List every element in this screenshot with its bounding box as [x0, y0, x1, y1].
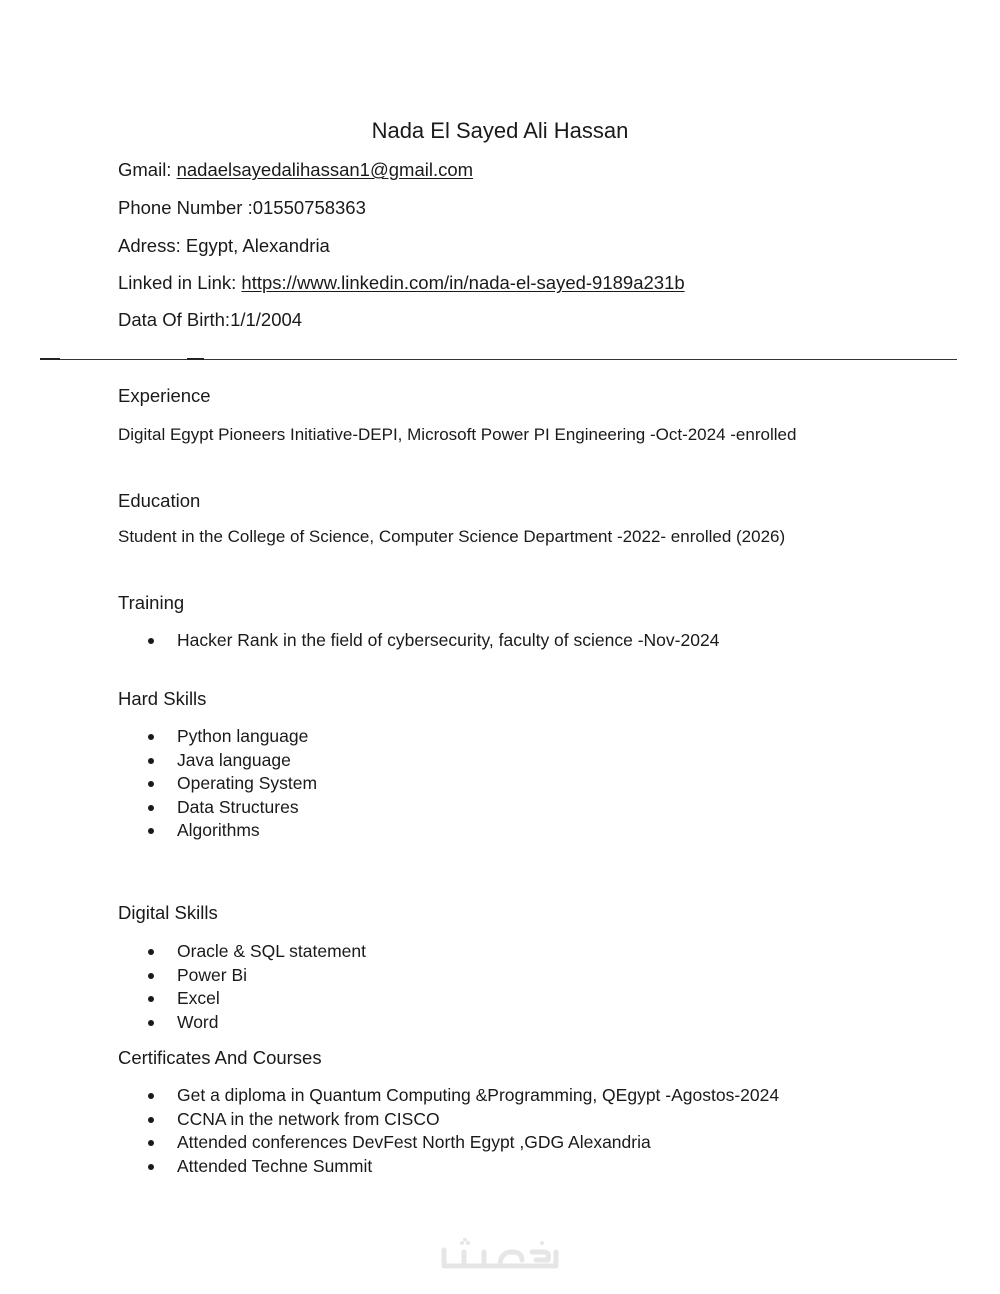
- khamsat-logo-icon: [440, 1238, 560, 1272]
- bullet-icon: [148, 758, 154, 764]
- bullet-icon: [148, 734, 154, 740]
- address-line: Adress: Egypt, Alexandria: [118, 235, 330, 257]
- bullet-icon: [148, 1140, 154, 1146]
- bullet-icon: [148, 805, 154, 811]
- gmail-line: Gmail: nadaelsayedalihassan1@gmail.com: [118, 159, 473, 181]
- bullet-icon: [148, 949, 154, 955]
- bullet-icon: [148, 996, 154, 1002]
- phone-line: Phone Number :01550758363: [118, 197, 366, 219]
- gmail-link[interactable]: nadaelsayedalihassan1@gmail.com: [177, 159, 473, 180]
- resume-page: Nada El Sayed Ali Hassan Gmail: nadaelsa…: [0, 0, 1000, 1294]
- section-title-education: Education: [118, 490, 200, 512]
- bullet-icon: [148, 1117, 154, 1123]
- bullet-icon: [148, 781, 154, 787]
- divider-mark: [187, 358, 204, 360]
- linkedin-line: Linked in Link: https://www.linkedin.com…: [118, 272, 685, 294]
- experience-text: Digital Egypt Pioneers Initiative-DEPI, …: [118, 425, 796, 445]
- linkedin-link[interactable]: https://www.linkedin.com/in/nada-el-saye…: [241, 272, 684, 293]
- linkedin-label: Linked in Link:: [118, 272, 241, 293]
- section-title-certificates: Certificates And Courses: [118, 1047, 322, 1069]
- candidate-name: Nada El Sayed Ali Hassan: [0, 118, 1000, 144]
- bullet-icon: [148, 1020, 154, 1026]
- bullet-icon: [148, 828, 154, 834]
- header-divider: [40, 359, 957, 360]
- section-title-digital-skills: Digital Skills: [118, 902, 218, 924]
- bullet-icon: [148, 638, 154, 644]
- bullet-icon: [148, 1093, 154, 1099]
- education-text: Student in the College of Science, Compu…: [118, 527, 785, 547]
- section-title-training: Training: [118, 592, 184, 614]
- birth-date-line: Data Of Birth:1/1/2004: [118, 309, 302, 331]
- bullet-icon: [148, 1164, 154, 1170]
- section-title-experience: Experience: [118, 385, 211, 407]
- bullet-icon: [148, 973, 154, 979]
- divider-mark: [40, 358, 60, 360]
- section-title-hard-skills: Hard Skills: [118, 688, 206, 710]
- gmail-label: Gmail:: [118, 159, 177, 180]
